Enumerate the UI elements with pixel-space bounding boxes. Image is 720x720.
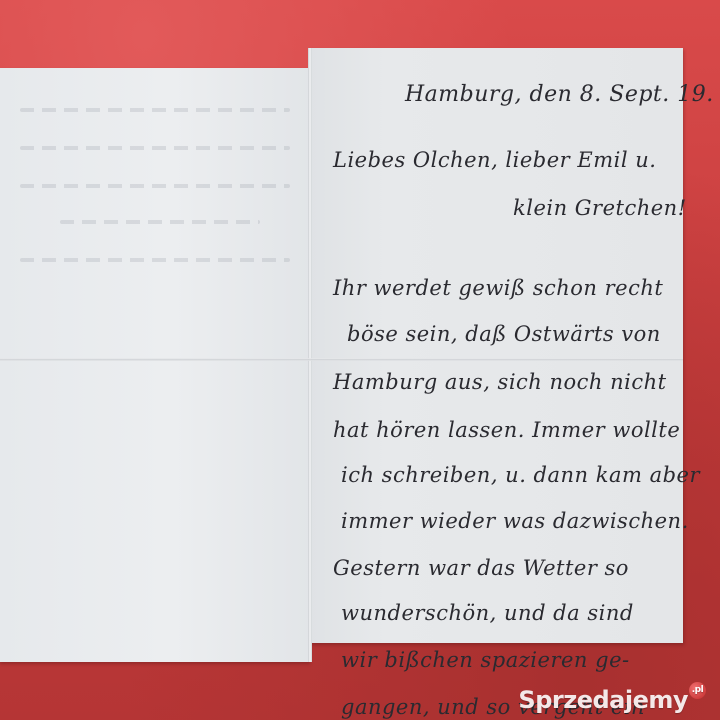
watermark-text: Sprzedajemy — [518, 686, 688, 714]
ink-bleed-through — [20, 146, 290, 150]
body-line: hat hören lassen. Immer wollte — [333, 418, 680, 442]
body-line: ich schreiben, u. dann kam aber — [341, 463, 700, 487]
ink-bleed-through — [20, 258, 290, 262]
date-line: Hamburg, den 8. Sept. 19. — [405, 82, 714, 107]
ink-bleed-through — [60, 220, 260, 224]
ink-bleed-through — [20, 108, 290, 112]
pl-badge-icon: .pl — [689, 682, 706, 699]
body-line: immer wieder was dazwischen. — [341, 509, 689, 533]
body-line: Gestern war das Wetter so — [333, 556, 629, 580]
salutation-line-2: klein Gretchen! — [513, 196, 687, 220]
body-line: Ihr werdet gewiß schon recht — [333, 276, 663, 300]
ink-bleed-through — [20, 184, 290, 188]
sprzedajemy-watermark-logo: Sprzedajemy.pl — [518, 686, 706, 714]
vertical-fold-crease — [308, 48, 312, 662]
body-line: böse sein, daß Ostwärts von — [347, 322, 661, 346]
body-line: wunderschön, und da sind — [341, 601, 634, 625]
body-line: wir bißchen spazieren ge- — [341, 648, 630, 672]
horizontal-fold-crease — [0, 358, 683, 361]
body-line: Hamburg aus, sich noch nicht — [333, 370, 667, 394]
left-page-blank — [0, 68, 310, 662]
salutation-line-1: Liebes Olchen, lieber Emil u. — [333, 148, 656, 172]
